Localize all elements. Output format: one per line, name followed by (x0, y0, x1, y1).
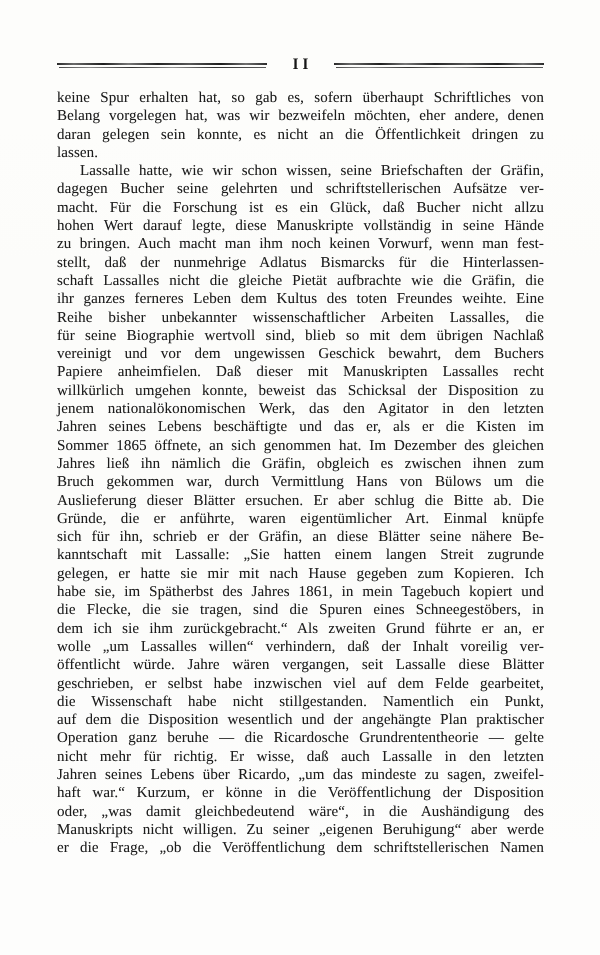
text-line: ihr ganzes ferneres Leben dem Kultus des… (57, 290, 544, 308)
text-line: Belang vorgelegen hat, was wir bezweifel… (57, 107, 544, 125)
text-line: haft war.“ Kurzum, er könne in die Veröf… (57, 784, 544, 802)
paragraph: keine Spur erhalten hat, so gab es, sofe… (57, 89, 544, 162)
text-line: willkürlich umgehen konnte, beweist das … (57, 382, 544, 400)
text-line: wolle „um Lassalles willen“ verhindern, … (57, 638, 544, 656)
text-line: auf dem die Disposition wesentlich und d… (57, 711, 544, 729)
text-line: dem ich sie ihm zurückgebracht.“ Als zwe… (57, 620, 544, 638)
text-line: kanntschaft mit Lassalle: „Sie hatten ei… (57, 546, 544, 564)
text-line: geschrieben, er selbst habe inzwischen v… (57, 675, 544, 693)
text-line: keine Spur erhalten hat, so gab es, sofe… (57, 89, 544, 107)
page-number: II (267, 57, 335, 74)
text-line: für seine Biographie wertvoll sind, blie… (57, 327, 544, 345)
text-line: Sommer 1865 öffnete, an sich genommen ha… (57, 437, 544, 455)
text-line: Jahren seines Lebens beschäftigte und da… (57, 418, 544, 436)
text-line: nicht mehr für richtig. Er wisse, daß au… (57, 748, 544, 766)
text-line: jenem nationalökonomischen Werk, das den… (57, 400, 544, 418)
text-column: keine Spur erhalten hat, so gab es, sofe… (57, 89, 544, 857)
text-line: Jahren seines Lebens über Ricardo, „um d… (57, 766, 544, 784)
text-line: macht. Für die Forschung ist es ein Glüc… (57, 199, 544, 217)
text-line: Papiere anheimfielen. Daß dieser mit Man… (57, 363, 544, 381)
text-line: sich für ihn, schrieb er der Gräfin, an … (57, 528, 544, 546)
page-header: II (57, 57, 544, 73)
text-line: lassen. (57, 144, 544, 162)
text-line: Jahres ließ ihn nämlich die Gräfin, obgl… (57, 455, 544, 473)
text-line: die Wissenschaft habe nicht stillgestand… (57, 693, 544, 711)
text-line: Bruch gekommen war, durch Vermittlung Ha… (57, 473, 544, 491)
paragraph: Lassalle hatte, wie wir schon wissen, se… (57, 162, 544, 857)
text-line: daran gelegen sein konnte, es nicht an d… (57, 126, 544, 144)
text-line: Lassalle hatte, wie wir schon wissen, se… (57, 162, 544, 180)
text-line: schaft Lassalles nicht die gleiche Pietä… (57, 272, 544, 290)
header-rule-right (334, 62, 544, 69)
text-line: habe sie, im Spätherbst des Jahres 1861,… (57, 583, 544, 601)
text-line: Reihe bisher unbekannter wissenschaftlic… (57, 309, 544, 327)
text-line: Gründe, die er anführte, waren eigentüml… (57, 510, 544, 528)
book-page: II keine Spur erhalten hat, so gab es, s… (0, 0, 600, 955)
text-line: stellt, daß der nunmehrige Adlatus Bisma… (57, 254, 544, 272)
text-line: zu bringen. Auch macht man ihm noch kein… (57, 235, 544, 253)
text-line: hohen Wert darauf legte, diese Manuskrip… (57, 217, 544, 235)
header-rule-left (57, 62, 267, 69)
text-line: Operation ganz beruhe — die Ricardosche … (57, 729, 544, 747)
text-line: Manuskripts nicht willigen. Zu seiner „e… (57, 821, 544, 839)
text-line: er die Frage, „ob die Veröffentlichung d… (57, 839, 544, 857)
text-line: dagegen Bucher seine gelehrten und schri… (57, 180, 544, 198)
text-line: öffentlicht würde. Jahre wären vergangen… (57, 656, 544, 674)
text-line: oder, „was damit gleichbedeutend wäre“, … (57, 803, 544, 821)
text-line: die Flecke, die sie tragen, sind die Spu… (57, 601, 544, 619)
text-line: gelegen, er hatte sie mir mit nach Hause… (57, 565, 544, 583)
text-line: vereinigt und vor dem ungewissen Geschic… (57, 345, 544, 363)
text-line: Auslieferung dieser Blätter ersuchen. Er… (57, 492, 544, 510)
